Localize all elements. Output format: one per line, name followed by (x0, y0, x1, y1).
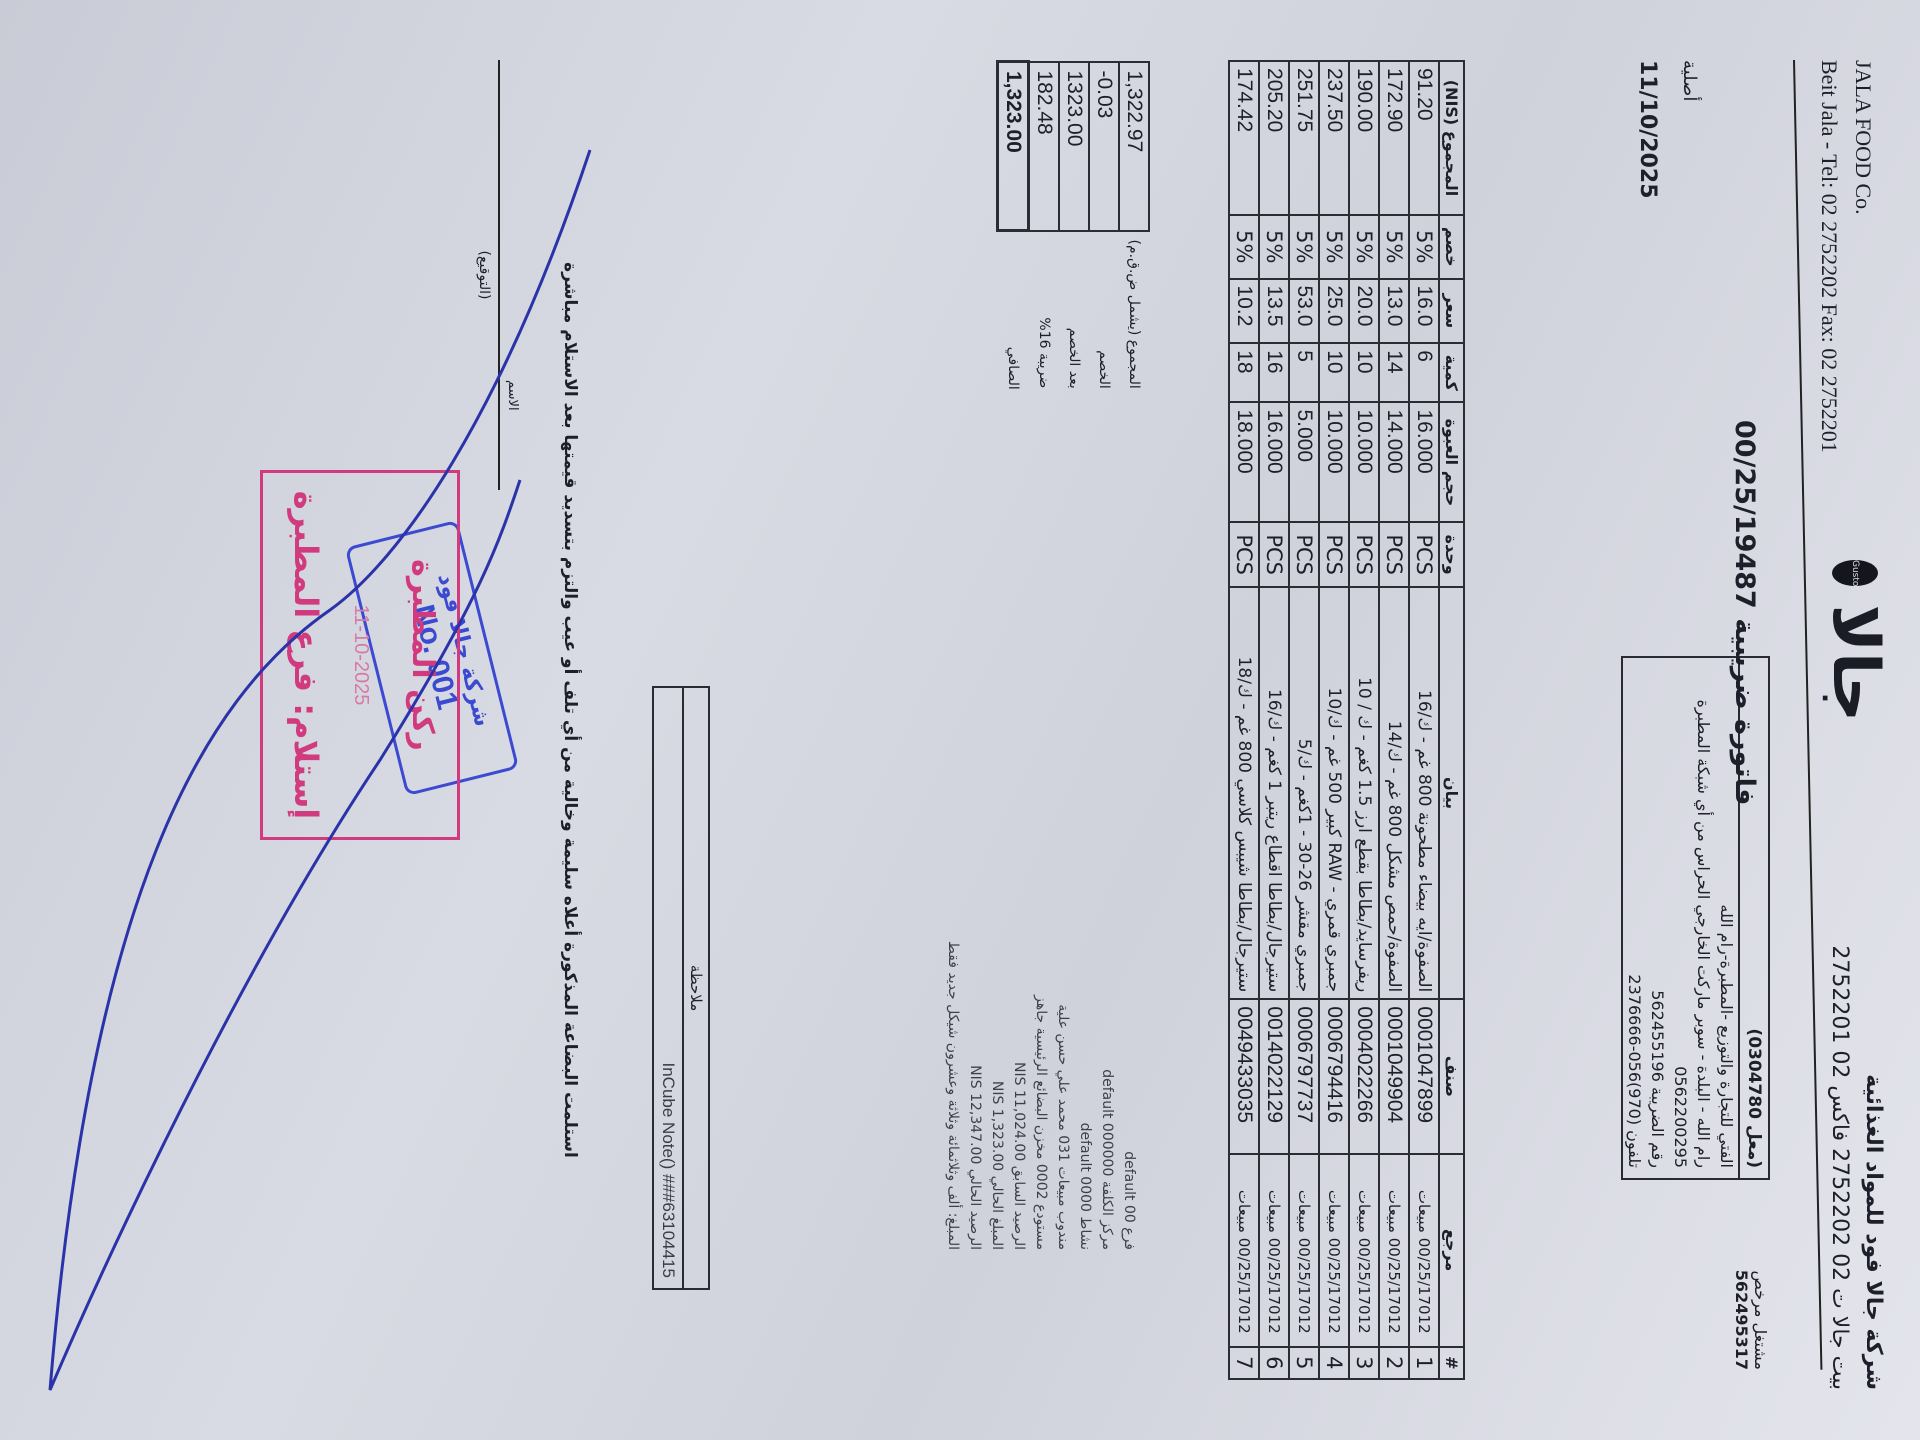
row-price: 25.0 (1319, 279, 1349, 344)
column-header: حجم العبوة (1439, 402, 1464, 522)
receipt-stamp-red: ركن المطبرة 11-10-2025 إستلام: فرع المطب… (260, 470, 460, 840)
row-price: 20.0 (1349, 279, 1379, 344)
totals-row: 1,323.00الصافي (998, 62, 1029, 398)
row-ref-number: 00/25/17012 (1355, 1238, 1373, 1334)
row-reference: 00/25/17012 مبيعات (1259, 1154, 1289, 1347)
row-number: 2 (1379, 1347, 1409, 1379)
row-discount: 5% (1409, 215, 1439, 279)
row-ref-number: 00/25/17012 (1415, 1238, 1433, 1334)
row-pack-size: 10.000 (1349, 402, 1379, 522)
row-total: 190.00 (1349, 61, 1379, 215)
row-reference: 00/25/17012 مبيعات (1409, 1154, 1439, 1347)
customer-license: مشتغل مرخص 562495317 (1732, 1270, 1770, 1370)
table-row: 600/25/17012 مبيعات0014022129ستيرجال/بطا… (1259, 61, 1289, 1379)
notes-box: ملاحظة InCube Note() ###63104415 (652, 686, 710, 1290)
row-ref-number: 00/25/17012 (1235, 1238, 1253, 1334)
row-pack-size: 10.000 (1319, 402, 1349, 522)
totals-label: الخصم (1089, 231, 1119, 398)
row-discount: 5% (1259, 215, 1289, 279)
row-total: 172.90 (1379, 61, 1409, 215)
logo-wordmark: جالا (1818, 604, 1892, 722)
name-label: الاسم (505, 380, 520, 411)
row-pack-size: 5.000 (1289, 402, 1319, 522)
row-description: الصفوة/حمص مشكل 800 غم - ك/14 (1379, 587, 1409, 999)
totals-value: 1,323.00 (998, 62, 1029, 231)
company-header-arabic: شركة جالا فود للمواد الغذائية بيت جالا ت… (1822, 945, 1890, 1390)
original-label: أصلية (1679, 60, 1700, 101)
row-number: 6 (1259, 1347, 1289, 1379)
row-unit: PCS (1289, 522, 1319, 586)
row-price: 13.0 (1379, 279, 1409, 344)
totals-row: -0.03الخصم (1089, 62, 1119, 398)
row-number: 3 (1349, 1347, 1379, 1379)
row-description: ريفرسايد/بطاطا بقطع ارز 1.5 كغم - ك / 10 (1349, 587, 1379, 999)
notes-header: ملاحظة (682, 688, 708, 1288)
row-reference: 00/25/17012 مبيعات (1229, 1154, 1259, 1347)
row-discount: 5% (1379, 215, 1409, 279)
row-ref-number: 00/25/17012 (1265, 1238, 1283, 1334)
row-discount: 5% (1319, 215, 1349, 279)
row-discount: 5% (1349, 215, 1379, 279)
summary-line: الرصيد الحالي 12,347.00 NIS (964, 920, 986, 1250)
row-unit: PCS (1379, 522, 1409, 586)
row-number: 7 (1229, 1347, 1259, 1379)
column-header: وحدة (1439, 522, 1464, 586)
company-contact-english: Beit Jala - Tel: 02 2752202 Fax: 02 2752… (1812, 60, 1846, 453)
company-logo: Gusto جالا (1810, 560, 1900, 720)
company-name-arabic: شركة جالا فود للمواد الغذائية (1856, 945, 1890, 1390)
row-number: 4 (1319, 1347, 1349, 1379)
column-header: # (1439, 1347, 1464, 1379)
customer-phone: 0562200295 (1669, 658, 1692, 1178)
summary-line: مركز الكلفة 000000 default (1096, 920, 1118, 1250)
customer-telephone: تلفون (970)056-2376666 (1623, 658, 1646, 1178)
summary-line: المبلغ: ألف وثلاثمائة وثلاثة وعشرون شيكل… (942, 920, 964, 1250)
row-description: جمبري مقشر 26-30 - 1كغم - ك/5 (1289, 587, 1319, 999)
row-unit: PCS (1229, 522, 1259, 586)
row-quantity: 6 (1409, 343, 1439, 402)
summary-line: فرع 00 default (1118, 920, 1140, 1250)
totals-label: الصافي (998, 231, 1029, 398)
row-reference: 00/25/17012 مبيعات (1349, 1154, 1379, 1347)
summary-line: الرصيد السابق 11,024.00 NIS (1008, 920, 1030, 1250)
items-table: #مرجعصنفبيانوحدةحجم العبوةكميةسعرخصمالمج… (1228, 60, 1465, 1380)
totals-label: المجموع (يشمل ض.ق.م) (1119, 231, 1149, 398)
column-header: بيان (1439, 587, 1464, 999)
row-pack-size: 16.000 (1259, 402, 1289, 522)
row-total: 174.42 (1229, 61, 1259, 215)
row-number: 5 (1289, 1347, 1319, 1379)
table-row: 400/25/17012 مبيعات0006794416جمبري قمري … (1319, 61, 1349, 1379)
totals-value: 1323.00 (1059, 62, 1089, 231)
row-description: ستيرجال/بطاطا اقطاع ريتبر 1 كغم - ك/16 (1259, 587, 1289, 999)
row-total: 205.20 (1259, 61, 1289, 215)
totals-row: 1323.00بعد الخصم (1059, 62, 1089, 398)
totals-row: 182.48ضريبة 16% (1029, 62, 1060, 398)
summary-line: نشاط 0000 default (1074, 920, 1096, 1250)
row-item-code: 0001049904 (1379, 999, 1409, 1153)
summary-line: المبلغ الحالي 1,323.00 NIS (986, 920, 1008, 1250)
row-price: 10.2 (1229, 279, 1259, 344)
row-description: جمبري قمري - RAW كبير 500 غم - ك/10 (1319, 587, 1349, 999)
row-discount: 5% (1229, 215, 1259, 279)
receipt-disclaimer: استلمت البضاعة المذكورة أعلاه سليمة وخال… (560, 160, 580, 1260)
row-ref-number: 00/25/17012 (1385, 1238, 1403, 1334)
row-item-code: 0006794416 (1319, 999, 1349, 1153)
summary-line: مستودع 0002 مخزن البضائع الرئيسية جاهز (1030, 920, 1052, 1250)
row-item-code: 0001047899 (1409, 999, 1439, 1153)
row-quantity: 18 (1229, 343, 1259, 402)
signature-line (498, 60, 500, 490)
row-price: 13.5 (1259, 279, 1289, 344)
row-description: ستيرجال/بطاطا شيبس كلاسي 800 غم - ك/18 (1229, 587, 1259, 999)
stamp-date: 11-10-2025 (349, 470, 372, 840)
row-pack-size: 14.000 (1379, 402, 1409, 522)
row-quantity: 16 (1259, 343, 1289, 402)
row-discount: 5% (1289, 215, 1319, 279)
signature-label: (التوقيع) (476, 60, 492, 490)
row-total: 251.75 (1289, 61, 1319, 215)
account-summary: فرع 00 defaultمركز الكلفة 000000 default… (942, 920, 1140, 1250)
row-category: مبيعات (1325, 1190, 1343, 1233)
row-ref-number: 00/25/17012 (1325, 1238, 1343, 1334)
row-quantity: 14 (1379, 343, 1409, 402)
totals-table: 1,322.97المجموع (يشمل ض.ق.م)-0.03الخصم13… (996, 60, 1150, 399)
column-header: صنف (1439, 999, 1464, 1153)
table-row: 100/25/17012 مبيعات0001047899الصفوة/ايه … (1409, 61, 1439, 1379)
column-header: مرجع (1439, 1154, 1464, 1347)
row-total: 237.50 (1319, 61, 1349, 215)
table-row: 700/25/17012 مبيعات0049433035ستيرجال/بطا… (1229, 61, 1259, 1379)
brand-badge-icon: Gusto (1832, 560, 1878, 586)
totals-label: ضريبة 16% (1029, 231, 1060, 398)
row-category: مبيعات (1265, 1190, 1283, 1233)
row-unit: PCS (1319, 522, 1349, 586)
row-category: مبيعات (1385, 1190, 1403, 1233)
row-price: 16.0 (1409, 279, 1439, 344)
row-category: مبيعات (1415, 1190, 1433, 1233)
row-category: مبيعات (1355, 1190, 1373, 1233)
table-row: 300/25/17012 مبيعات0004022266ريفرسايد/بط… (1349, 61, 1379, 1379)
row-reference: 00/25/17012 مبيعات (1319, 1154, 1349, 1347)
invoice-paper: شركة جالا فود للمواد الغذائية بيت جالا ت… (0, 0, 1920, 1440)
totals-value: 1,322.97 (1119, 62, 1149, 231)
column-header: كمية (1439, 343, 1464, 402)
totals-value: -0.03 (1089, 62, 1119, 231)
customer-address: رام الله - البلدة - سوبر ماركت الخارجي ا… (1692, 658, 1715, 1178)
stamp-received: إستلام: فرع المطبرة (287, 470, 325, 840)
row-quantity: 10 (1349, 343, 1379, 402)
customer-license-number: 562495317 (1732, 1270, 1751, 1370)
stamp-branch: ركن المطبرة (405, 470, 440, 840)
row-item-code: 0049433035 (1229, 999, 1259, 1153)
row-quantity: 10 (1319, 343, 1349, 402)
row-quantity: 5 (1289, 343, 1319, 402)
row-category: مبيعات (1295, 1190, 1313, 1233)
items-header-row: #مرجعصنفبيانوحدةحجم العبوةكميةسعرخصمالمج… (1439, 61, 1464, 1379)
column-header: خصم (1439, 215, 1464, 279)
totals-label: بعد الخصم (1059, 231, 1089, 398)
row-unit: PCS (1349, 522, 1379, 586)
row-category: مبيعات (1235, 1190, 1253, 1233)
customer-license-label: مشتغل مرخص (1751, 1270, 1770, 1370)
company-header-english: JALA FOOD Co. Beit Jala - Tel: 02 275220… (1812, 60, 1880, 453)
column-header: المجموع (NIS) (1439, 61, 1464, 215)
row-item-code: 0006797737 (1289, 999, 1319, 1153)
invoice-title: فاتورة ضريبية 00/25/19487 (1729, 420, 1760, 805)
row-pack-size: 16.000 (1409, 402, 1439, 522)
totals-row: 1,322.97المجموع (يشمل ض.ق.م) (1119, 62, 1149, 398)
totals-value: 182.48 (1029, 62, 1060, 231)
column-header: سعر (1439, 279, 1464, 344)
table-row: 500/25/17012 مبيعات0006797737جمبري مقشر … (1289, 61, 1319, 1379)
row-number: 1 (1409, 1347, 1439, 1379)
row-reference: 00/25/17012 مبيعات (1289, 1154, 1319, 1347)
row-unit: PCS (1409, 522, 1439, 586)
summary-line: مندوب مبيعات 031 محمد علي حسن علية (1052, 920, 1074, 1250)
row-item-code: 0004022266 (1349, 999, 1379, 1153)
row-description: الصفوة/ايه بيضاء مطحونة 800 غم - ك/16 (1409, 587, 1439, 999)
row-reference: 00/25/17012 مبيعات (1379, 1154, 1409, 1347)
table-row: 200/25/17012 مبيعات0001049904الصفوة/حمص … (1379, 61, 1409, 1379)
row-unit: PCS (1259, 522, 1289, 586)
row-item-code: 0014022129 (1259, 999, 1289, 1153)
invoice-date: 11/10/2025 (1635, 60, 1660, 199)
row-price: 53.0 (1289, 279, 1319, 344)
row-pack-size: 18.000 (1229, 402, 1259, 522)
row-ref-number: 00/25/17012 (1295, 1238, 1313, 1334)
notes-text: InCube Note() ###63104415 (654, 688, 682, 1288)
company-phones-arabic: بيت جالا ت 02 2752202 فاكس 02 2752201 (1822, 945, 1856, 1390)
row-total: 91.20 (1409, 61, 1439, 215)
company-name-english: JALA FOOD Co. (1846, 60, 1880, 453)
customer-tax-number: رقم الضريبة 562455196 (1646, 658, 1669, 1178)
